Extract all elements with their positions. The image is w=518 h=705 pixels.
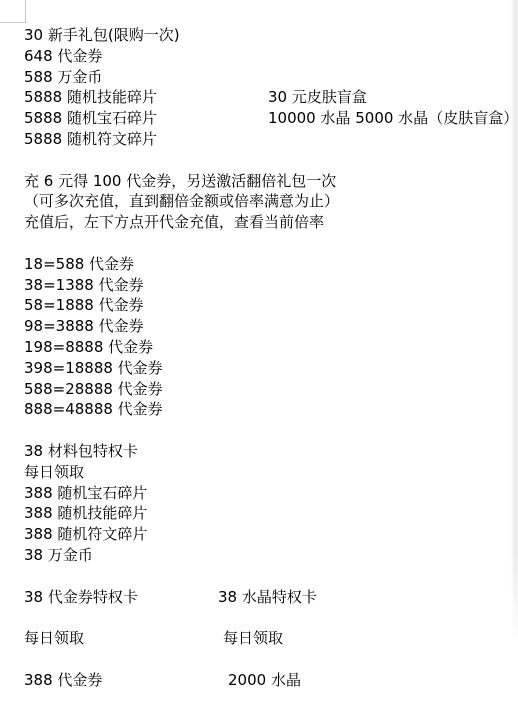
text-line: 每日领取: [24, 462, 510, 483]
text-run: 5888 随机技能碎片: [24, 87, 157, 108]
text-run: 充值后，左下方点开代金充值，查看当前倍率: [24, 212, 324, 233]
text-line: 38 万金币: [24, 545, 510, 566]
text-run: 每日领取: [24, 628, 84, 649]
text-line: 充 6 元得 100 代金券，另送激活翻倍礼包一次: [24, 171, 510, 192]
text-line: 648 代金券: [24, 46, 510, 67]
text-run: 588 万金币: [24, 67, 102, 88]
text-run: 30 元皮肤盲盒: [268, 87, 367, 108]
text-line: 38=1388 代金券: [24, 275, 510, 296]
text-line: 888=48888 代金券: [24, 399, 510, 420]
text-run: 888=48888 代金券: [24, 399, 163, 420]
text-line: 388 代金券2000 水晶: [24, 670, 510, 691]
text-line: 18=588 代金券: [24, 254, 510, 275]
text-run: 648 代金券: [24, 46, 102, 67]
text-run: 10000 水晶 5000 水晶（皮肤盲盒）: [268, 108, 518, 129]
text-run: 18=588 代金券: [24, 254, 134, 275]
text-run: 38=1388 代金券: [24, 275, 144, 296]
text-line: 388 随机符文碎片: [24, 524, 510, 545]
text-run: 98=3888 代金券: [24, 316, 144, 337]
blank-line: [24, 566, 510, 587]
text-run: 5888 随机符文碎片: [24, 129, 157, 150]
text-run: 388 随机宝石碎片: [24, 483, 147, 504]
text-line: 5888 随机符文碎片: [24, 129, 510, 150]
blank-line: [24, 420, 510, 441]
text-line: 5888 随机技能碎片30 元皮肤盲盒: [24, 87, 510, 108]
blank-line: [24, 649, 510, 670]
text-line: 38 材料包特权卡: [24, 441, 510, 462]
blank-line: [24, 607, 510, 628]
text-line: 30 新手礼包(限购一次): [24, 25, 510, 46]
text-run: 38 水晶特权卡: [218, 587, 317, 608]
text-run: 充 6 元得 100 代金券，另送激活翻倍礼包一次: [24, 171, 336, 192]
text-run: 38 材料包特权卡: [24, 441, 138, 462]
blank-line: [24, 233, 510, 254]
text-run: 2000 水晶: [228, 670, 301, 691]
text-run: 38 代金券特权卡: [24, 587, 138, 608]
text-run: （可多次充值，直到翻倍金额或倍率满意为止）: [24, 191, 339, 212]
text-boundary-corner-mark: [0, 0, 26, 23]
text-run: 398=18888 代金券: [24, 358, 163, 379]
text-run: 5888 随机宝石碎片: [24, 108, 157, 129]
text-line: 充值后，左下方点开代金充值，查看当前倍率: [24, 212, 510, 233]
text-line: （可多次充值，直到翻倍金额或倍率满意为止）: [24, 191, 510, 212]
document-page: 30 新手礼包(限购一次)648 代金券588 万金币5888 随机技能碎片30…: [0, 0, 518, 705]
text-line: 38 代金券特权卡38 水晶特权卡: [24, 587, 510, 608]
text-line: 98=3888 代金券: [24, 316, 510, 337]
text-run: 每日领取: [223, 628, 283, 649]
blank-line: [24, 150, 510, 171]
document-text-area[interactable]: 30 新手礼包(限购一次)648 代金券588 万金币5888 随机技能碎片30…: [24, 25, 510, 691]
text-run: 388 代金券: [24, 670, 102, 691]
text-line: 58=1888 代金券: [24, 295, 510, 316]
text-run: 388 随机符文碎片: [24, 524, 147, 545]
text-run: 198=8888 代金券: [24, 337, 153, 358]
text-line: 398=18888 代金券: [24, 358, 510, 379]
text-line: 588 万金币: [24, 67, 510, 88]
text-line: 388 随机技能碎片: [24, 503, 510, 524]
text-run: 588=28888 代金券: [24, 379, 163, 400]
page-right-edge-shadow: [511, 0, 518, 645]
text-run: 每日领取: [24, 462, 84, 483]
text-line: 5888 随机宝石碎片10000 水晶 5000 水晶（皮肤盲盒）: [24, 108, 510, 129]
text-line: 每日领取每日领取: [24, 628, 510, 649]
text-run: 38 万金币: [24, 545, 93, 566]
text-run: 388 随机技能碎片: [24, 503, 147, 524]
text-run: 58=1888 代金券: [24, 295, 144, 316]
text-line: 588=28888 代金券: [24, 379, 510, 400]
text-line: 388 随机宝石碎片: [24, 483, 510, 504]
text-line: 198=8888 代金券: [24, 337, 510, 358]
text-run: 30 新手礼包(限购一次): [24, 25, 180, 46]
